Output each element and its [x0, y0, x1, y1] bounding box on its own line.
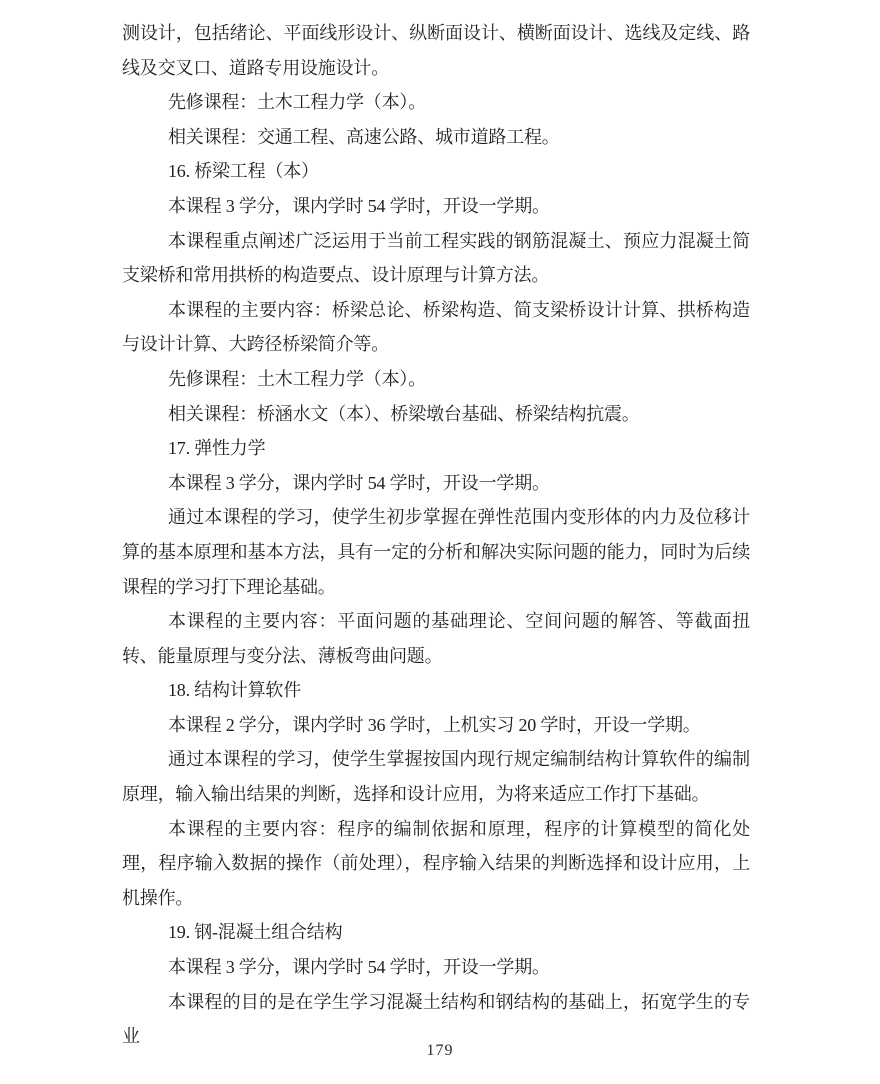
paragraph: 本课程的主要内容：程序的编制依据和原理，程序的计算模型的简化处理，程序输入数据的…	[122, 812, 750, 916]
paragraph: 通过本课程的学习，使学生掌握按国内现行规定编制结构计算软件的编制原理，输入输出结…	[122, 742, 750, 811]
paragraph: 本课程 3 学分，课内学时 54 学时，开设一学期。	[122, 189, 750, 224]
course-heading: 17. 弹性力学	[122, 431, 750, 466]
page-number: 179	[0, 1042, 880, 1060]
paragraph: 测设计，包括绪论、平面线形设计、纵断面设计、横断面设计、选线及定线、路线及交叉口…	[122, 16, 750, 85]
paragraph: 相关课程：桥涵水文（本）、桥梁墩台基础、桥梁结构抗震。	[122, 397, 750, 432]
paragraph: 本课程重点阐述广泛运用于当前工程实践的钢筋混凝土、预应力混凝土简支梁桥和常用拱桥…	[122, 224, 750, 293]
paragraph: 本课程 3 学分，课内学时 54 学时，开设一学期。	[122, 950, 750, 985]
paragraph: 相关课程：交通工程、高速公路、城市道路工程。	[122, 120, 750, 155]
document-page: 测设计，包括绪论、平面线形设计、纵断面设计、横断面设计、选线及定线、路线及交叉口…	[0, 0, 880, 1084]
paragraph: 通过本课程的学习，使学生初步掌握在弹性范围内变形体的内力及位移计算的基本原理和基…	[122, 500, 750, 604]
course-heading: 19. 钢-混凝土组合结构	[122, 915, 750, 950]
course-heading: 16. 桥梁工程（本）	[122, 154, 750, 189]
course-heading: 18. 结构计算软件	[122, 673, 750, 708]
paragraph: 本课程 3 学分，课内学时 54 学时，开设一学期。	[122, 466, 750, 501]
paragraph: 先修课程：土木工程力学（本）。	[122, 362, 750, 397]
paragraph: 本课程的主要内容：桥梁总论、桥梁构造、简支梁桥设计计算、拱桥构造与设计计算、大跨…	[122, 293, 750, 362]
paragraph: 先修课程：土木工程力学（本）。	[122, 85, 750, 120]
document-body: 测设计，包括绪论、平面线形设计、纵断面设计、横断面设计、选线及定线、路线及交叉口…	[122, 16, 750, 1054]
paragraph: 本课程的主要内容：平面问题的基础理论、空间问题的解答、等截面扭转、能量原理与变分…	[122, 604, 750, 673]
paragraph: 本课程 2 学分，课内学时 36 学时，上机实习 20 学时，开设一学期。	[122, 708, 750, 743]
